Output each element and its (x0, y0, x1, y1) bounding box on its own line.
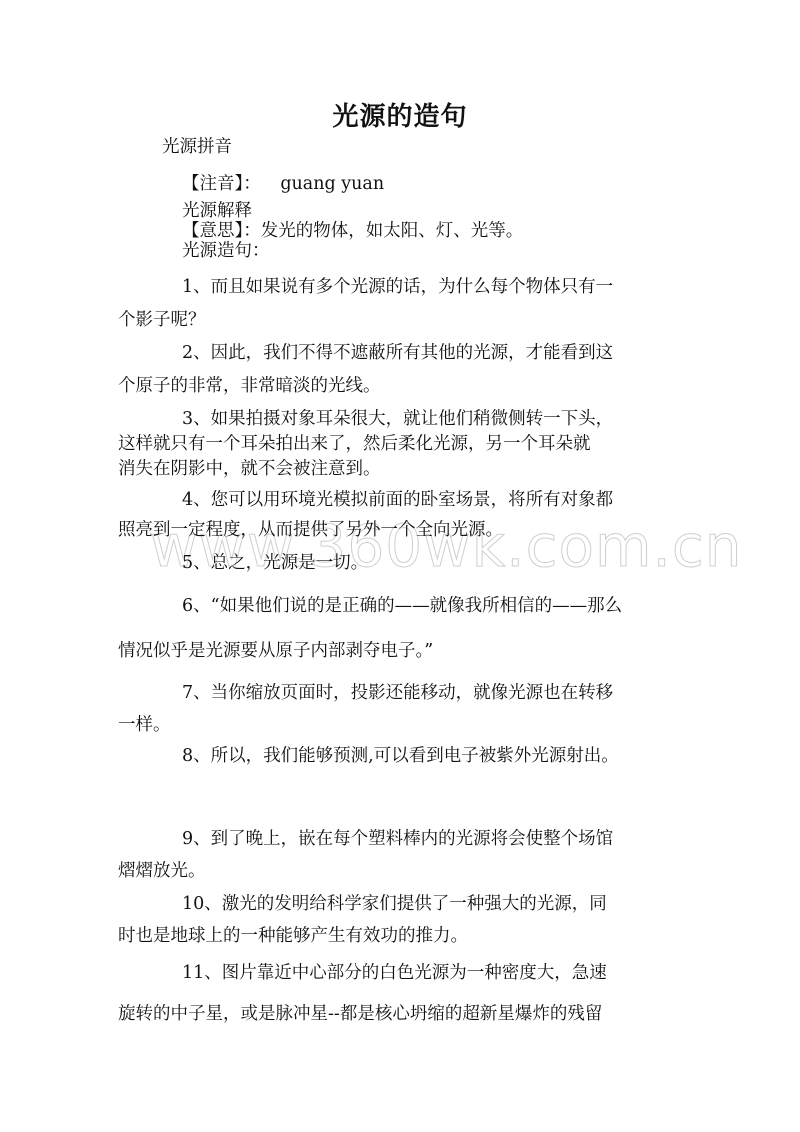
meaning-label: 【意思】： (182, 221, 261, 241)
sentence-line: 1、而且如果说有多个光源的话，为什么每个物体只有一 (182, 276, 613, 298)
sentences-heading: 光源造句： (182, 240, 270, 262)
sentence-line: 11、图片靠近中心部分的白色光源为一种密度大，急速 (182, 962, 607, 984)
sentence-line: 情况似乎是光源要从原子内部剥夺电子。” (118, 640, 433, 662)
pinyin-value: guang yuan (280, 174, 384, 194)
pinyin-row: 【注音】： guang yuan (182, 173, 384, 195)
sentence-line: 2、因此，我们不得不遮蔽所有其他的光源，才能看到这 (182, 342, 613, 364)
sentence-line: 熠熠放光。 (118, 860, 206, 882)
sentence-line: 3、如果拍摄对象耳朵很大，就让他们稍微侧转一下头， (182, 408, 613, 430)
meaning-heading: 光源解释 (182, 200, 252, 222)
document-page: www.360wk.com.cn 光源的造句 光源拼音 【注音】： guang … (0, 0, 800, 1132)
sentence-line: 9、到了晚上，嵌在每个塑料棒内的光源将会使整个场馆 (182, 828, 613, 850)
sentence-line: 消失在阴影中，就不会被注意到。 (118, 458, 381, 480)
meaning-value: 发光的物体，如太阳、灯、光等。 (261, 221, 524, 241)
sentence-line: 8、所以，我们能够预测,可以看到电子被紫外光源射出。 (182, 745, 619, 767)
pinyin-label: 【注音】： (182, 174, 261, 194)
sentence-line: 这样就只有一个耳朵拍出来了，然后柔化光源，另一个耳朵就 (118, 433, 591, 455)
sentence-line: 4、您可以用环境光模拟前面的卧室场景，将所有对象都 (182, 489, 613, 511)
sentence-line: 10、激光的发明给科学家们提供了一种强大的光源，同 (182, 893, 607, 915)
sentence-line: 5、总之，光源是一切。 (182, 552, 368, 574)
sentence-line: 一样。 (118, 714, 171, 736)
sentence-line: 旋转的中子星，或是脉冲星--都是核心坍缩的超新星爆炸的残留 (118, 1003, 602, 1025)
sentence-line: 7、当你缩放页面时，投影还能移动，就像光源也在转移 (182, 682, 613, 704)
sentence-line: 照亮到一定程度，从而提供了另外一个全向光源。 (118, 519, 503, 541)
meaning-row: 【意思】：发光的物体，如太阳、灯、光等。 (182, 220, 523, 242)
sentence-line: 个影子呢？ (118, 309, 206, 331)
sentence-line: 6、“如果他们说的是正确的——就像我所相信的——那么 (182, 595, 622, 617)
pinyin-heading: 光源拼音 (162, 136, 232, 158)
page-title: 光源的造句 (0, 96, 800, 133)
sentence-line: 个原子的非常，非常暗淡的光线。 (118, 375, 381, 397)
sentence-line: 时也是地球上的一种能够产生有效功的推力。 (118, 925, 468, 947)
